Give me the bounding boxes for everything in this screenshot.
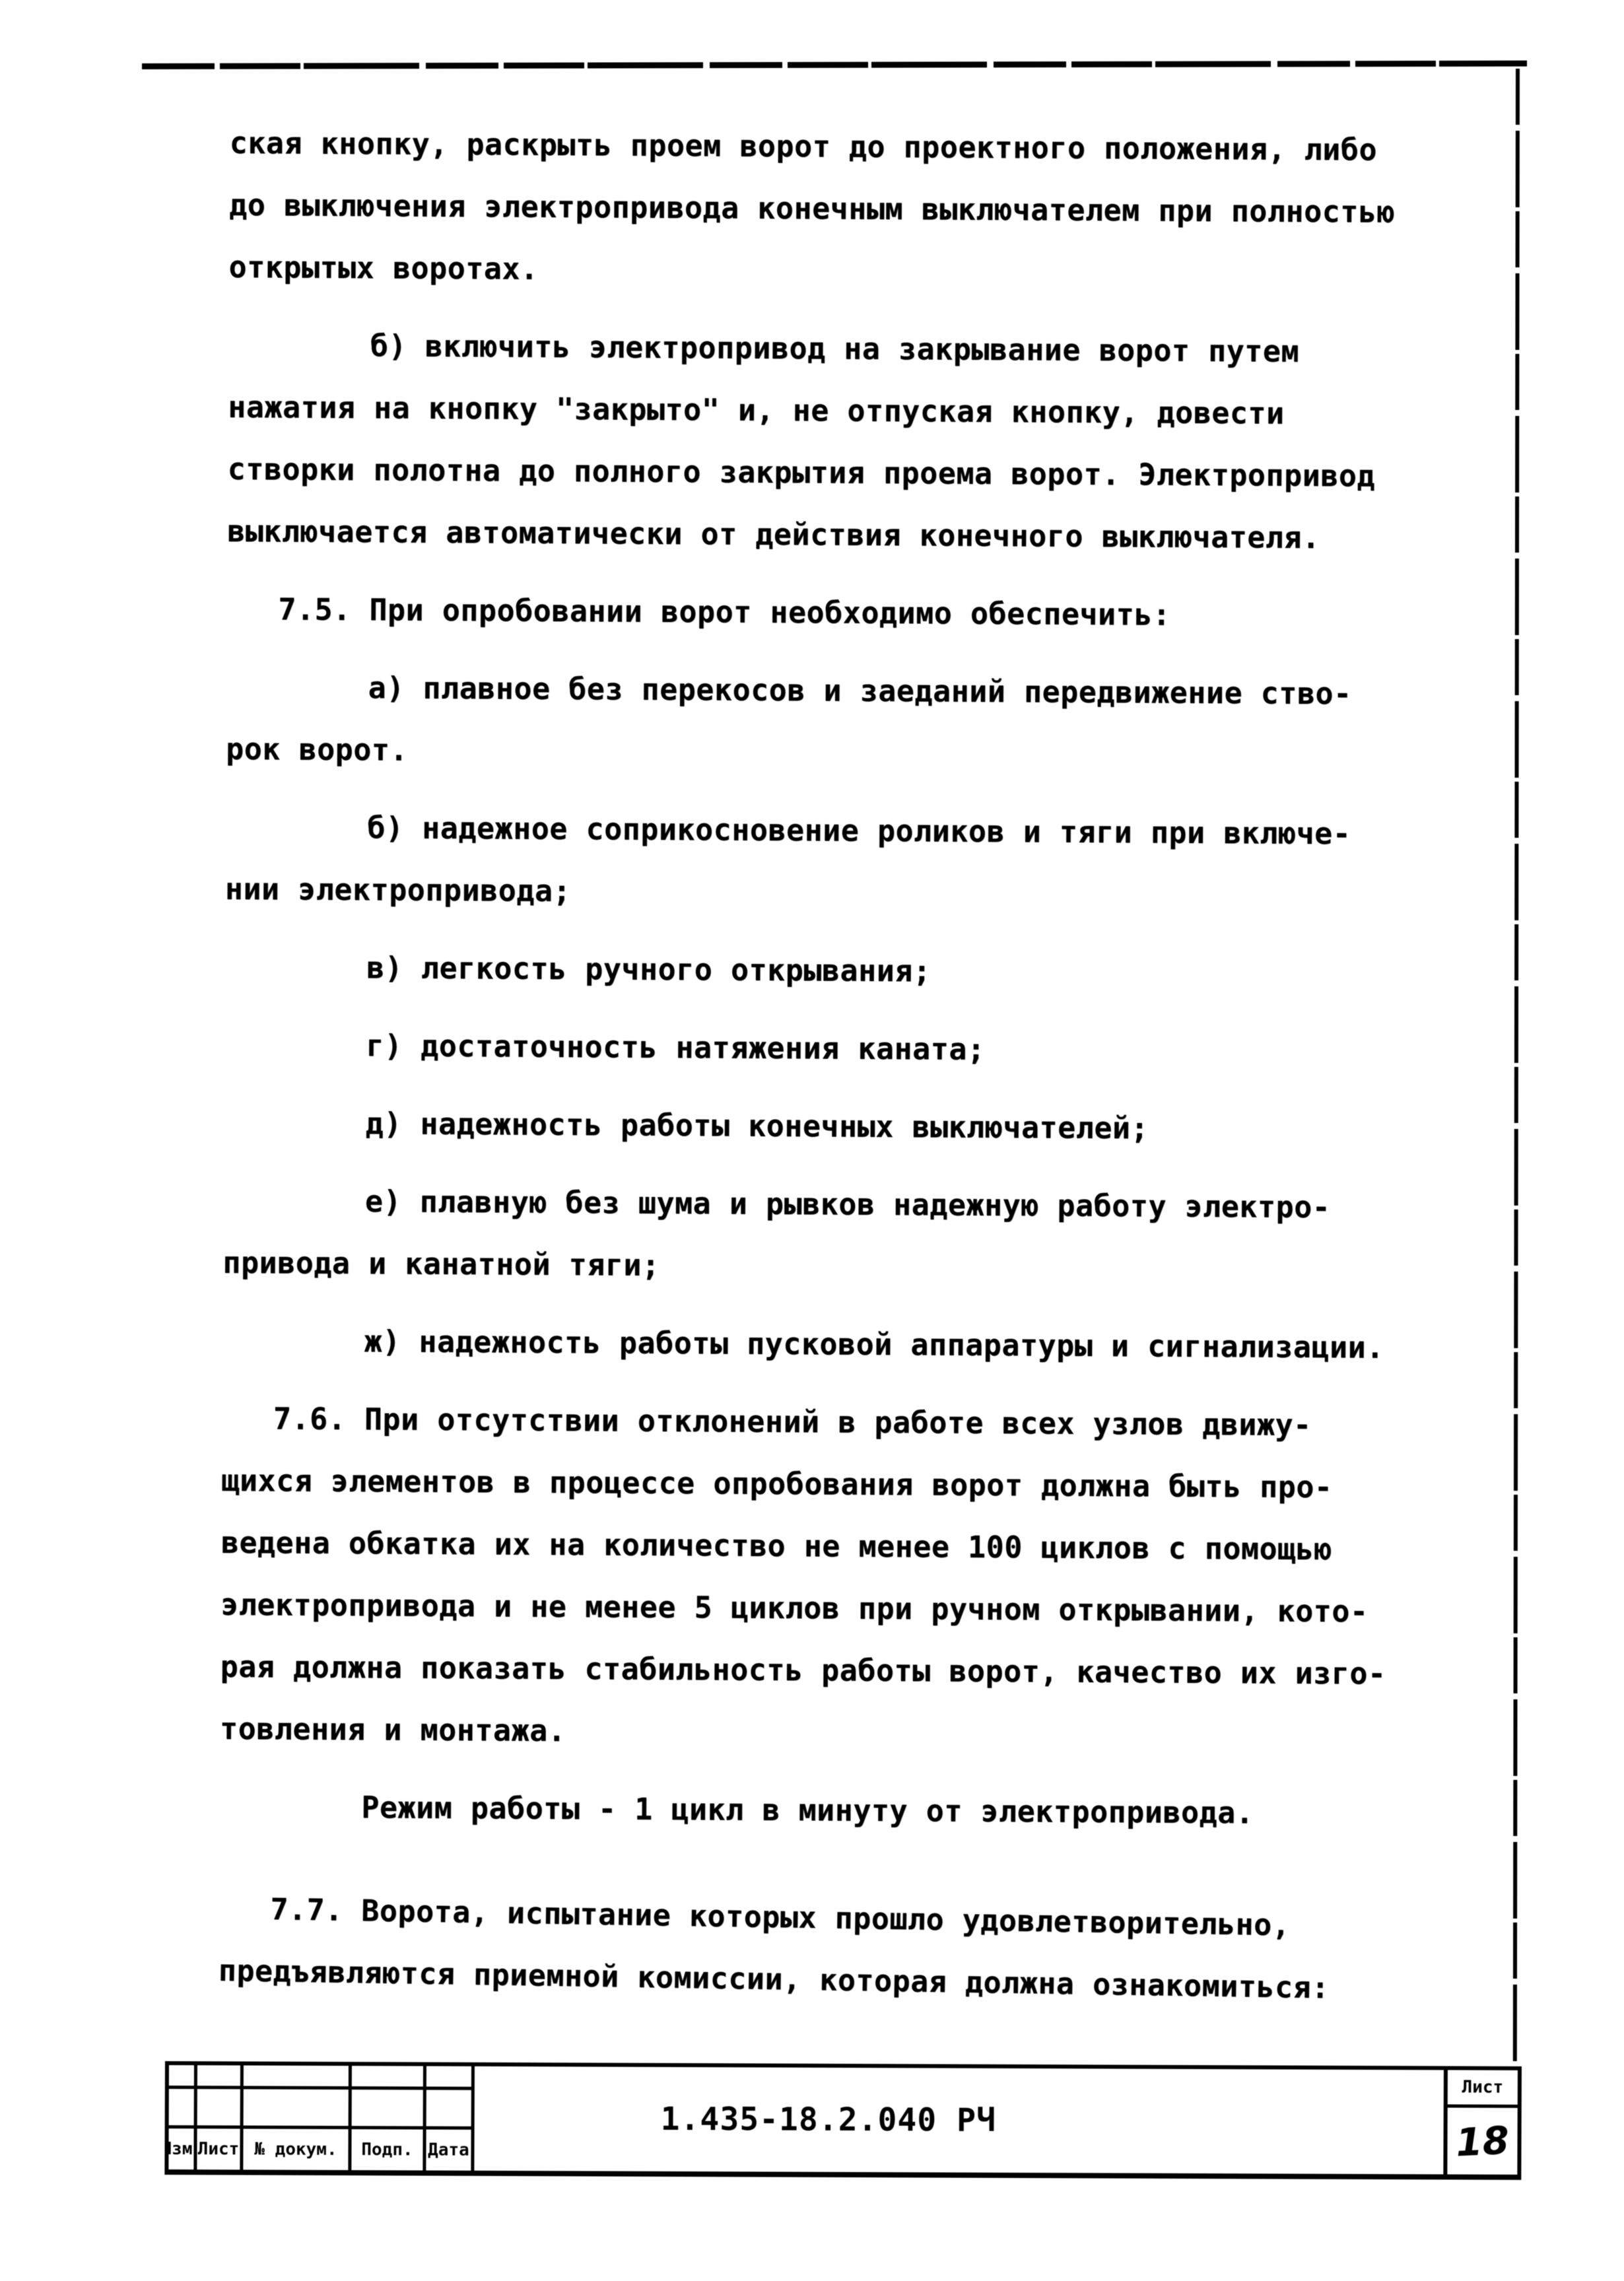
stamp-label-izm: Изм bbox=[168, 2128, 197, 2169]
stamp-empty-cell bbox=[197, 2089, 244, 2128]
stamp-empty-cell bbox=[244, 2065, 352, 2090]
page-right-border bbox=[1513, 69, 1520, 2064]
stamp-empty-cell bbox=[426, 2090, 475, 2130]
text-line: 7.6. При отсутствии отклонений в работе … bbox=[222, 1388, 1411, 1457]
text-line: щихся элементов в процессе опробования в… bbox=[221, 1450, 1410, 1519]
text-line: до выключения электропривода конечным вы… bbox=[229, 174, 1418, 244]
text-line: выключается автоматически от действия ко… bbox=[227, 500, 1416, 570]
text-line: а) плавное без перекосов и заеданий пере… bbox=[226, 656, 1415, 726]
text-line: рок ворот. bbox=[226, 718, 1415, 788]
stamp-empty-cell bbox=[169, 2089, 197, 2128]
text-line: 7.5. При опробовании ворот необходимо об… bbox=[226, 578, 1415, 648]
text-line: открытых воротах. bbox=[228, 236, 1417, 306]
text-line: привода и канатной тяги; bbox=[222, 1232, 1411, 1301]
document-number: 1.435-18.2.040 РЧ bbox=[474, 2066, 1444, 2175]
text-line: ская кнопку, раскрыть проем ворот до про… bbox=[229, 112, 1418, 182]
text-line: е) плавную без шума и рывков надежную ра… bbox=[223, 1170, 1412, 1239]
sheet-label: Лист bbox=[1448, 2070, 1518, 2107]
sheet-box: Лист 18 bbox=[1443, 2070, 1518, 2174]
scanned-document-page: ская кнопку, раскрыть проем ворот до про… bbox=[0, 0, 1624, 2281]
text-line: товления и монтажа. bbox=[220, 1698, 1409, 1767]
stamp-label-data: Дата bbox=[426, 2130, 474, 2171]
stamp-empty-cell bbox=[352, 2090, 426, 2129]
text-line: Режим работы - 1 цикл в минуту от электр… bbox=[219, 1776, 1408, 1845]
document-text: ская кнопку, раскрыть проем ворот до про… bbox=[219, 112, 1418, 2009]
text-line: нажатия на кнопку "закрыто" и, не отпуск… bbox=[228, 376, 1417, 446]
text-line: в) легкость ручного открывания; bbox=[224, 936, 1413, 1005]
stamp-empty-cell bbox=[352, 2066, 426, 2090]
stamp-label-ndokum: № докум. bbox=[243, 2128, 351, 2170]
text-line: ведена обкатка их на количество не менее… bbox=[220, 1512, 1409, 1581]
stamp-empty-cell bbox=[244, 2089, 352, 2129]
stamp-label-list: Лист bbox=[197, 2128, 243, 2169]
text-line: створки полотна до полного закрытия прое… bbox=[227, 438, 1416, 508]
text-line: б) надежное соприкосновение роликов и тя… bbox=[225, 796, 1414, 866]
stamp-empty-cell bbox=[426, 2066, 475, 2090]
page-top-border bbox=[142, 61, 1527, 69]
title-block-grid: Изм Лист № докум. Подп. Дата bbox=[168, 2065, 475, 2171]
stamp-empty-cell bbox=[197, 2065, 244, 2089]
sheet-number: 18 bbox=[1446, 2106, 1519, 2176]
stamp-label-podp: Подп. bbox=[351, 2129, 426, 2170]
text-line: рая должна показать стабильность работы … bbox=[220, 1636, 1409, 1705]
text-line: электропривода и не менее 5 циклов при р… bbox=[220, 1574, 1409, 1643]
text-line: д) надежность работы конечных выключател… bbox=[223, 1092, 1412, 1161]
title-block: Изм Лист № докум. Подп. Дата 1.435-18.2.… bbox=[164, 2061, 1522, 2180]
text-line: г) достаточность натяжения каната; bbox=[224, 1014, 1413, 1083]
text-line: б) включить электропривод на закрывание … bbox=[228, 314, 1417, 384]
text-line: ж) надежность работы пусковой аппаратуры… bbox=[222, 1310, 1411, 1379]
stamp-empty-cell bbox=[169, 2065, 197, 2089]
text-line: нии электропривода; bbox=[225, 858, 1414, 928]
